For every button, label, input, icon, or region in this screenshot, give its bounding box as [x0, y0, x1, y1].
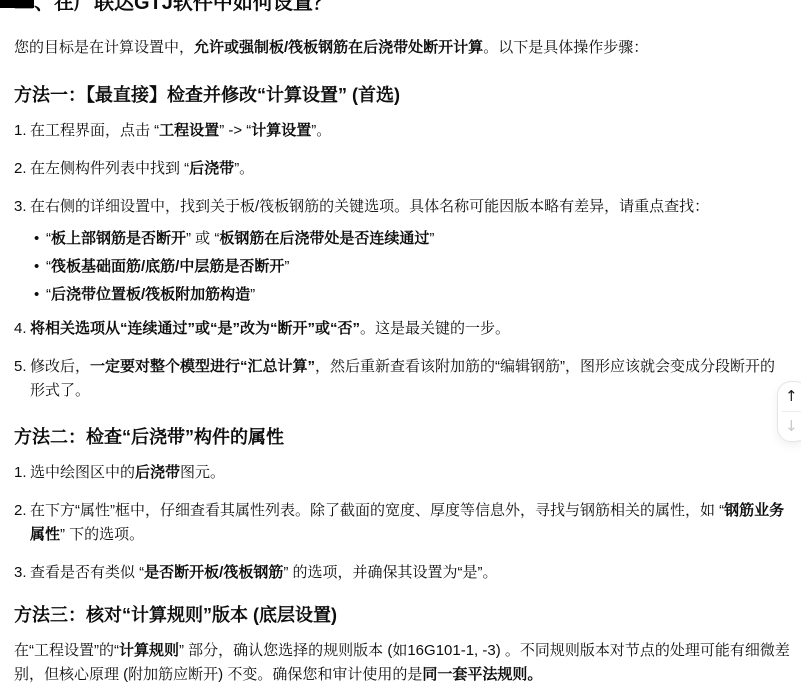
item-number: 1. — [14, 461, 27, 485]
answer-document: 二、在广联达GTJ软件中如何设置？ 您的目标是在计算设置中，允许或强制板/筏板钢… — [0, 0, 801, 687]
text-run: ”。 — [234, 160, 254, 177]
text-run: ” 或 “ — [186, 230, 219, 247]
method1-heading: 方法一：【最直接】检查并修改“计算设置” (首选) — [14, 83, 790, 107]
item-number: 2. — [14, 157, 27, 181]
bullet-icon: • — [34, 227, 39, 251]
item-number: 3. — [14, 195, 27, 219]
bold-run: 筏板基础面筋/底筋/中层筋是否断开 — [51, 258, 284, 275]
item-number: 4. — [14, 317, 27, 341]
scroll-down-button[interactable]: ↓ — [778, 412, 801, 441]
text-run: 在左侧构件列表中找到 “ — [30, 160, 189, 177]
text-run: ” — [429, 230, 434, 247]
text-run: 修改后， — [30, 358, 90, 375]
method1-item-5: 5.修改后，一定要对整个模型进行“汇总计算”，然后重新查看该附加筋的“编辑钢筋”… — [14, 355, 790, 403]
text-run: 在工程界面，点击 “ — [30, 122, 159, 139]
scroll-controls: ↑ ↓ — [777, 381, 801, 442]
text-run: ” — [284, 258, 289, 275]
method3-heading: 方法三：核对“计算规则”版本 (底层设置) — [14, 603, 790, 627]
method1-item-1: 1.在工程界面，点击 “工程设置” -> “计算设置”。 — [14, 119, 790, 143]
text-run: ” 下的选项。 — [60, 526, 144, 543]
text-run: ” — [250, 286, 255, 303]
bold-run: 后浇带 — [189, 160, 234, 177]
method2-heading: 方法二：检查“后浇带”构件的属性 — [14, 425, 790, 449]
bold-run: 是否断开板/筏板钢筋 — [144, 564, 283, 581]
text-run: ” -> “ — [219, 122, 251, 139]
scroll-up-button[interactable]: ↑ — [778, 382, 801, 411]
arrow-up-icon: ↑ — [785, 389, 798, 404]
method2-item-3: 3.查看是否有类似 “是否断开板/筏板钢筋” 的选项，并确保其设置为“是”。 — [14, 561, 790, 585]
text-run: 在右侧的详细设置中，找到关于板/筏板钢筋的关键选项。具体名称可能因版本略有差异，… — [30, 198, 709, 215]
bullet-item-1: •“板上部钢筋是否断开” 或 “板钢筋在后浇带处是否连续通过” — [14, 227, 790, 251]
bold-run: 后浇带位置板/筏板附加筋构造 — [51, 286, 250, 303]
text-run: 。以下是具体操作步骤： — [483, 39, 648, 56]
option-bullet-list: •“板上部钢筋是否断开” 或 “板钢筋在后浇带处是否连续通过” •“筏板基础面筋… — [14, 227, 790, 311]
text-run: 您的目标是在计算设置中， — [14, 39, 194, 56]
item-number: 5. — [14, 355, 27, 379]
bold-run: 计算规则 — [119, 642, 179, 659]
item-number: 3. — [14, 561, 27, 585]
text-run: 图元。 — [180, 464, 225, 481]
bullet-item-3: •“后浇带位置板/筏板附加筋构造” — [14, 283, 790, 307]
method1-item-4: 4.将相关选项从“连续通过”或“是”改为“断开”或“否”。这是最关键的一步。 — [14, 317, 790, 341]
arrow-down-icon: ↓ — [785, 419, 798, 434]
text-run: ”。 — [311, 122, 331, 139]
text-run: 。这是最关键的一步。 — [360, 320, 510, 337]
top-left-artifact — [0, 0, 34, 8]
text-run: 查看是否有类似 “ — [30, 564, 144, 581]
bullet-icon: • — [34, 255, 39, 279]
intro-paragraph: 您的目标是在计算设置中，允许或强制板/筏板钢筋在后浇带处断开计算。以下是具体操作… — [14, 36, 790, 60]
bold-run: 板上部钢筋是否断开 — [51, 230, 186, 247]
method1-item-2: 2.在左侧构件列表中找到 “后浇带”。 — [14, 157, 790, 181]
bullet-icon: • — [34, 283, 39, 307]
text-run: 在“工程设置”的“ — [14, 642, 119, 659]
bold-run: 一定要对整个模型进行“汇总计算” — [90, 358, 315, 375]
bold-run: 将相关选项从“连续通过”或“是”改为“断开”或“否” — [30, 320, 360, 337]
method2-item-2: 2.在下方“属性”框中，仔细查看其属性列表。除了截面的宽度、厚度等信息外，寻找与… — [14, 499, 790, 547]
chat-response-view: 二、在广联达GTJ软件中如何设置？ 您的目标是在计算设置中，允许或强制板/筏板钢… — [0, 0, 801, 697]
section-heading: 二、在广联达GTJ软件中如何设置？ — [14, 0, 790, 16]
method3-paragraph: 在“工程设置”的“计算规则” 部分，确认您选择的规则版本 (如16G101-1,… — [14, 639, 790, 687]
bold-run: 工程设置 — [159, 122, 219, 139]
bold-run: 板钢筋在后浇带处是否连续通过 — [219, 230, 429, 247]
method2-item-1: 1.选中绘图区中的后浇带图元。 — [14, 461, 790, 485]
text-run: 选中绘图区中的 — [30, 464, 135, 481]
method1-item-3: 3.在右侧的详细设置中，找到关于板/筏板钢筋的关键选项。具体名称可能因版本略有差… — [14, 195, 790, 219]
item-number: 1. — [14, 119, 27, 143]
bold-run: 计算设置 — [251, 122, 311, 139]
item-number: 2. — [14, 499, 27, 523]
bullet-item-2: •“筏板基础面筋/底筋/中层筋是否断开” — [14, 255, 790, 279]
text-run: ” 的选项，并确保其设置为“是”。 — [283, 564, 497, 581]
bold-run: 后浇带 — [135, 464, 180, 481]
bold-run: 允许或强制板/筏板钢筋在后浇带处断开计算 — [194, 39, 483, 56]
bold-run: 同一套平法规则。 — [422, 666, 542, 683]
text-run: 在下方“属性”框中，仔细查看其属性列表。除了截面的宽度、厚度等信息外，寻找与钢筋… — [30, 502, 724, 519]
